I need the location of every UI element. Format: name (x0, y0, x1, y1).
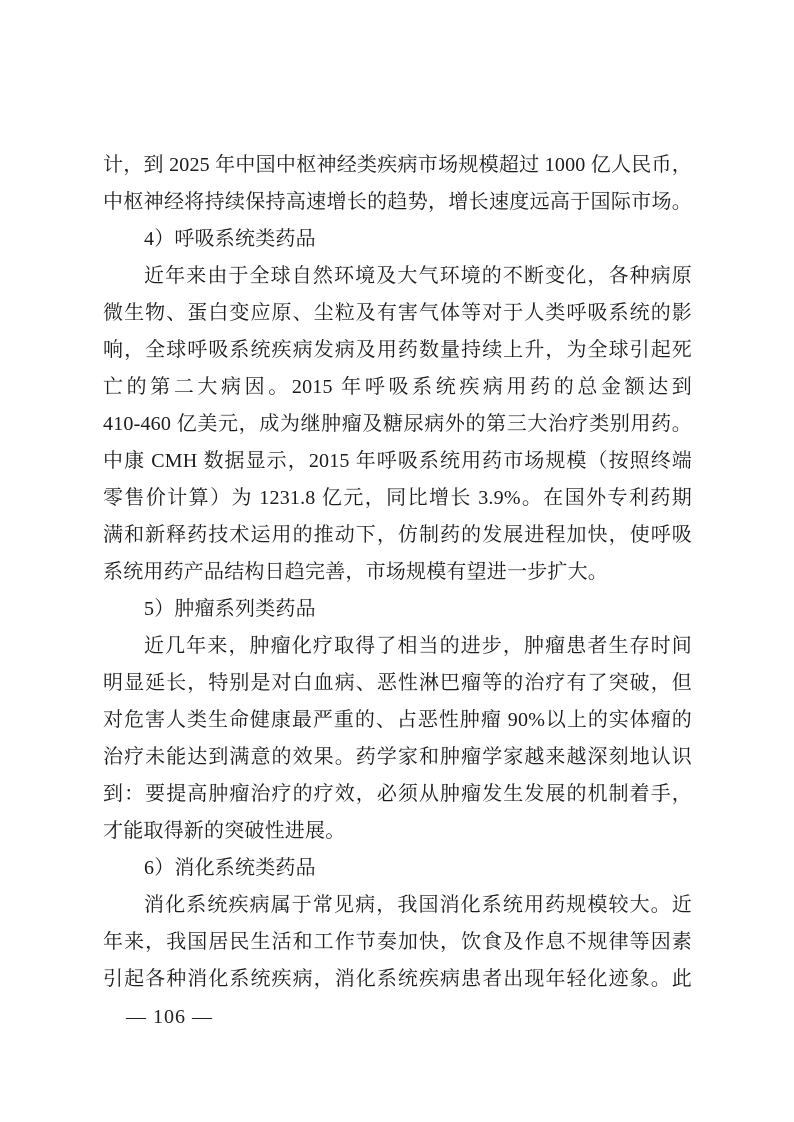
text-line: 治疗未能达到满意的效果。药学家和肿瘤学家越来越深刻地认识 (103, 739, 692, 776)
text-line: 5）肿瘤系列类药品 (103, 591, 692, 628)
text-line: 响，全球呼吸系统疾病发病及用药数量持续上升，为全球引起死 (103, 332, 692, 369)
text-line: 才能取得新的突破性进展。 (103, 813, 692, 850)
document-page: 计，到 2025 年中国中枢神经类疾病市场规模超过 1000 亿人民币，中枢神经… (0, 0, 794, 1122)
text-line: 零售价计算）为 1231.8 亿元，同比增长 3.9%。在国外专利药期 (103, 480, 692, 517)
text-line: 计，到 2025 年中国中枢神经类疾病市场规模超过 1000 亿人民币， (103, 147, 692, 184)
text-block: 计，到 2025 年中国中枢神经类疾病市场规模超过 1000 亿人民币，中枢神经… (103, 147, 692, 998)
text-line: 4）呼吸系统类药品 (103, 221, 692, 258)
text-line: 满和新释药技术运用的推动下，仿制药的发展进程加快，使呼吸 (103, 517, 692, 554)
text-line: 中康 CMH 数据显示，2015 年呼吸系统用药市场规模（按照终端 (103, 443, 692, 480)
page-number: — 106 — (126, 1002, 213, 1032)
text-line: 明显延长，特别是对白血病、恶性淋巴瘤等的治疗有了突破，但 (103, 665, 692, 702)
text-line: 年来，我国居民生活和工作节奏加快，饮食及作息不规律等因素 (103, 924, 692, 961)
text-line: 410-460 亿美元，成为继肿瘤及糖尿病外的第三大治疗类别用药。 (103, 406, 692, 443)
text-line: 6）消化系统类药品 (103, 850, 692, 887)
text-line: 系统用药产品结构日趋完善，市场规模有望进一步扩大。 (103, 554, 692, 591)
text-line: 引起各种消化系统疾病，消化系统疾病患者出现年轻化迹象。此 (103, 961, 692, 998)
text-line: 近年来由于全球自然环境及大气环境的不断变化，各种病原 (103, 258, 692, 295)
text-line: 对危害人类生命健康最严重的、占恶性肿瘤 90%以上的实体瘤的 (103, 702, 692, 739)
text-line: 到：要提高肿瘤治疗的疗效，必须从肿瘤发生发展的机制着手， (103, 776, 692, 813)
text-line: 消化系统疾病属于常见病，我国消化系统用药规模较大。近 (103, 887, 692, 924)
text-line: 中枢神经将持续保持高速增长的趋势，增长速度远高于国际市场。 (103, 184, 692, 221)
text-line: 亡的第二大病因。2015 年呼吸系统疾病用药的总金额达到 (103, 369, 692, 406)
text-line: 微生物、蛋白变应原、尘粒及有害气体等对于人类呼吸系统的影 (103, 295, 692, 332)
text-line: 近几年来，肿瘤化疗取得了相当的进步，肿瘤患者生存时间 (103, 628, 692, 665)
